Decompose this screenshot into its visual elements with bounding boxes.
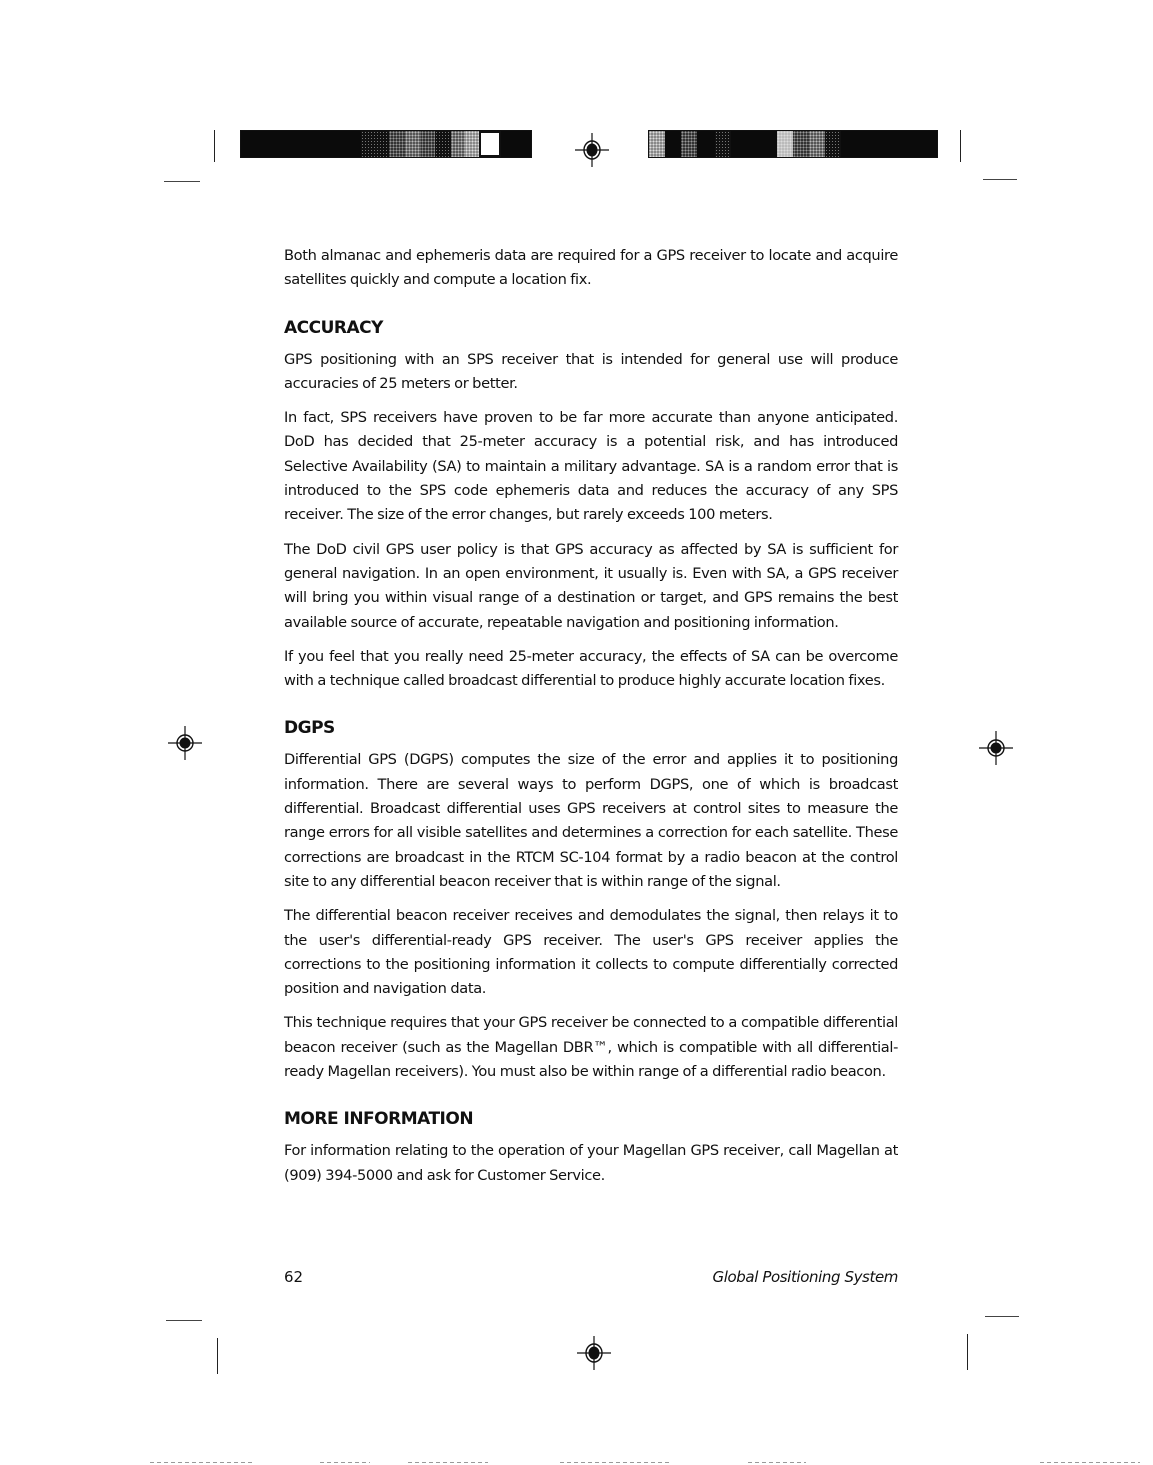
scan-edge-artifact: [748, 1462, 806, 1463]
scan-edge-artifact: [408, 1462, 488, 1463]
crop-mark-top-left-horizontal: [164, 181, 200, 182]
page-number: 62: [284, 1268, 303, 1286]
crosshair-registration-mark-right: [979, 731, 1013, 765]
crosshair-registration-mark-top: [575, 133, 609, 167]
scan-edge-artifact: [150, 1462, 255, 1463]
crosshair-registration-mark-bottom: [577, 1336, 611, 1370]
section-accuracy: ACCURACY GPS positioning with an SPS rec…: [284, 317, 898, 694]
paragraph: If you feel that you really need 25-mete…: [284, 645, 898, 694]
section-heading-more-information: MORE INFORMATION: [284, 1108, 898, 1130]
section-heading-accuracy: ACCURACY: [284, 317, 898, 339]
crosshair-registration-mark-left: [168, 726, 202, 760]
crop-mark-top-right-horizontal: [983, 179, 1017, 180]
scan-edge-artifact: [320, 1462, 370, 1463]
section-dgps: DGPS Differential GPS (DGPS) computes th…: [284, 717, 898, 1084]
crop-mark-bottom-right-vertical: [967, 1334, 968, 1370]
section-heading-dgps: DGPS: [284, 717, 898, 739]
scan-edge-artifact: [560, 1462, 670, 1463]
paragraph: The differential beacon receiver receive…: [284, 904, 898, 1001]
crop-mark-top-right-vertical: [960, 130, 961, 162]
paragraph: GPS positioning with an SPS receiver tha…: [284, 348, 898, 397]
crop-mark-bottom-right-horizontal: [985, 1316, 1019, 1317]
scan-edge-artifact: [1040, 1462, 1140, 1463]
printer-color-bar-left: [240, 130, 532, 158]
page-content: Both almanac and ephemeris data are requ…: [284, 244, 898, 1188]
crop-mark-top-left-vertical: [214, 130, 215, 162]
paragraph: In fact, SPS receivers have proven to be…: [284, 406, 898, 527]
intro-paragraph: Both almanac and ephemeris data are requ…: [284, 244, 898, 293]
paragraph: For information relating to the operatio…: [284, 1139, 898, 1188]
printer-color-bar-right: [648, 130, 938, 158]
running-footer-title: Global Positioning System: [713, 1268, 898, 1286]
crop-mark-bottom-left-vertical: [217, 1338, 218, 1374]
section-more-information: MORE INFORMATION For information relatin…: [284, 1108, 898, 1188]
paragraph: This technique requires that your GPS re…: [284, 1011, 898, 1084]
paragraph: Differential GPS (DGPS) computes the siz…: [284, 748, 898, 894]
crop-mark-bottom-left-horizontal: [166, 1320, 202, 1321]
paragraph: The DoD civil GPS user policy is that GP…: [284, 538, 898, 635]
